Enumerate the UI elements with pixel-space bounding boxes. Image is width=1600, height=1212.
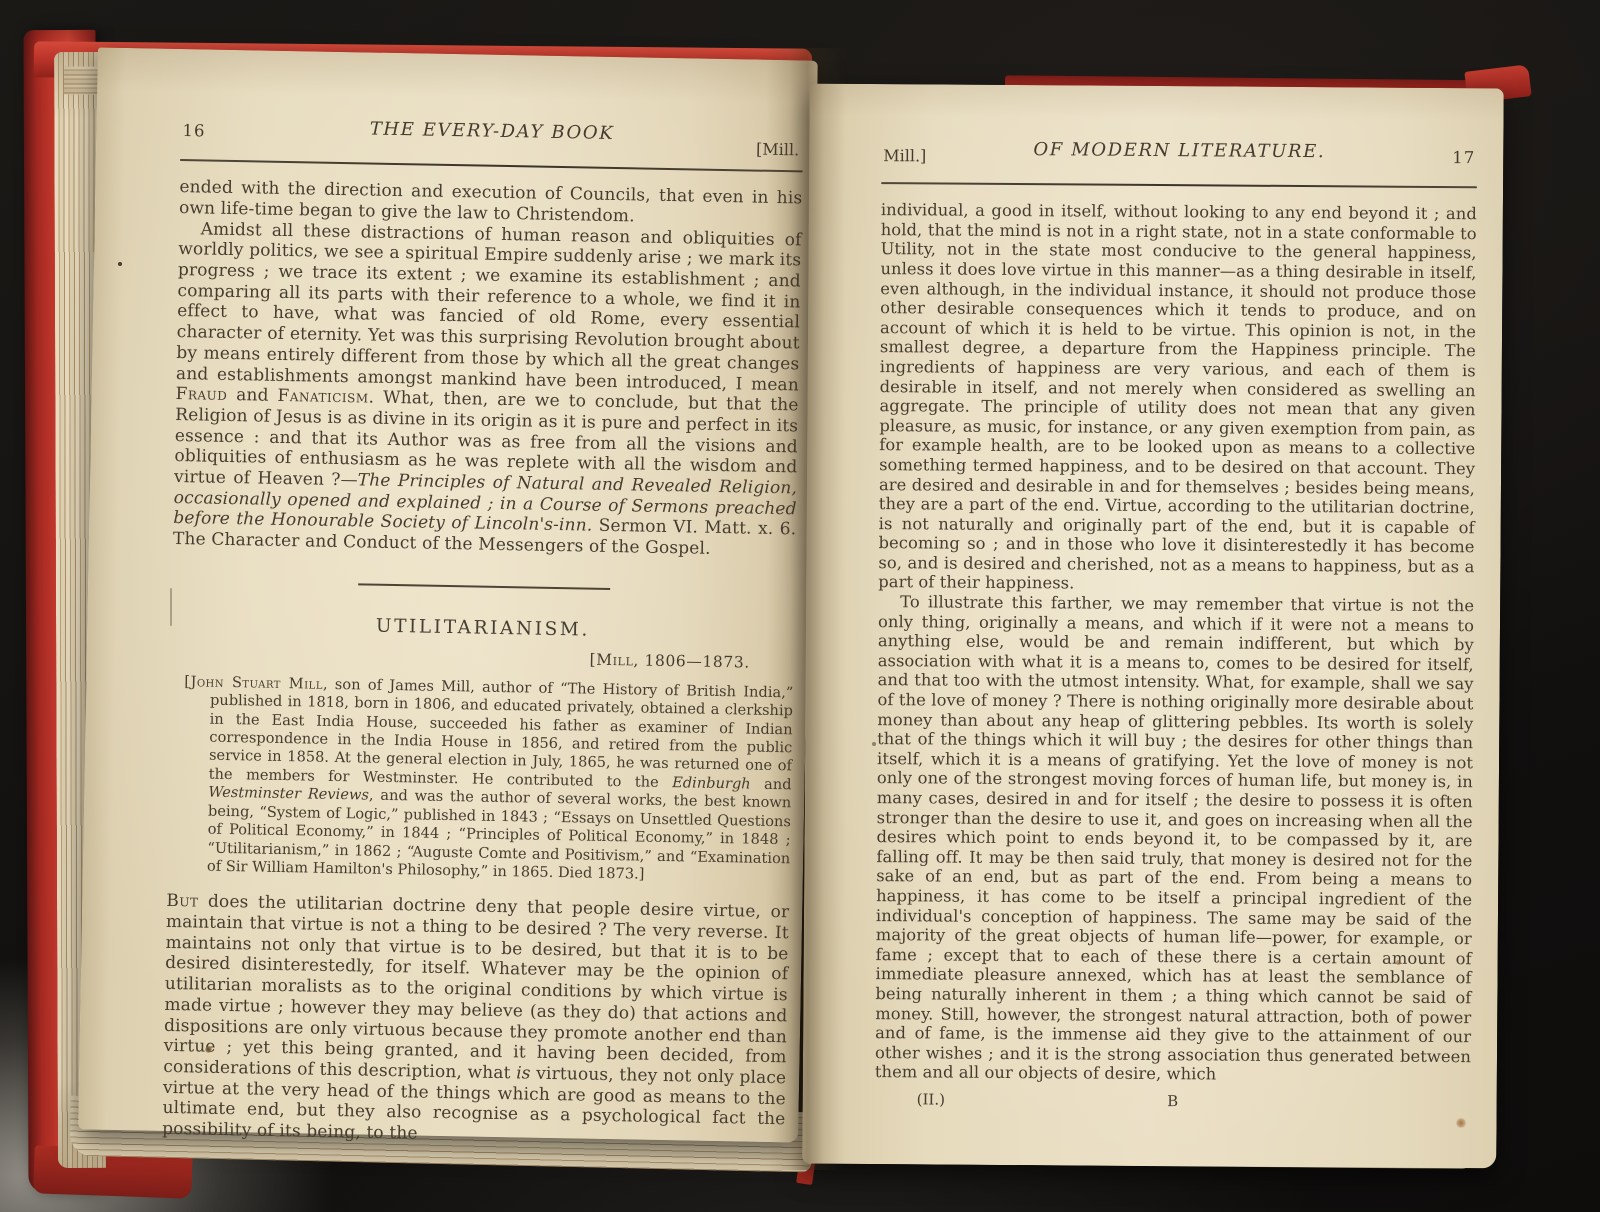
margin-note: [Mill.: [756, 140, 799, 160]
paragraph: To illustrate this farther, we may remem…: [875, 592, 1474, 1086]
book-page-left: 16 THE EVERY-DAY BOOK [Mill. ended with …: [78, 47, 818, 1142]
signature-mark: B: [875, 1090, 1471, 1112]
section-attribution: [Mill, 1806—1873.: [171, 643, 794, 672]
author-biography: [John Stuart Mill, son of James Mill, au…: [181, 673, 794, 887]
paragraph: individual, a good in itself, without lo…: [878, 200, 1477, 596]
paragraph: Amidst all these distractions of human r…: [173, 219, 802, 562]
paragraph: But does the utilitarian doctrine deny t…: [162, 891, 789, 1151]
right-page-header: Mill.] OF MODERN LITERATURE. 17: [881, 136, 1477, 186]
right-page-body: individual, a good in itself, without lo…: [875, 200, 1477, 1086]
book-page-right: Mill.] OF MODERN LITERATURE. 17 individu…: [802, 84, 1504, 1169]
running-title: THE EVERY-DAY BOOK: [180, 115, 803, 147]
running-title: OF MODERN LITERATURE.: [881, 138, 1477, 163]
left-page-body: ended with the direction and execution o…: [173, 177, 803, 561]
photo-background: 16 THE EVERY-DAY BOOK [Mill. ended with …: [0, 0, 1600, 1212]
right-page-content: Mill.] OF MODERN LITERATURE. 17 individu…: [875, 136, 1478, 1116]
page-scratch: [170, 588, 172, 626]
page-number: 17: [1452, 148, 1475, 167]
right-page-footer: (II.) B: [875, 1090, 1471, 1116]
left-page-content: 16 THE EVERY-DAY BOOK [Mill. ended with …: [162, 113, 804, 1151]
section-heading: UTILITARIANISM.: [171, 612, 794, 644]
left-page-body-continued: But does the utilitarian doctrine deny t…: [162, 891, 789, 1151]
section-divider: [358, 583, 610, 590]
